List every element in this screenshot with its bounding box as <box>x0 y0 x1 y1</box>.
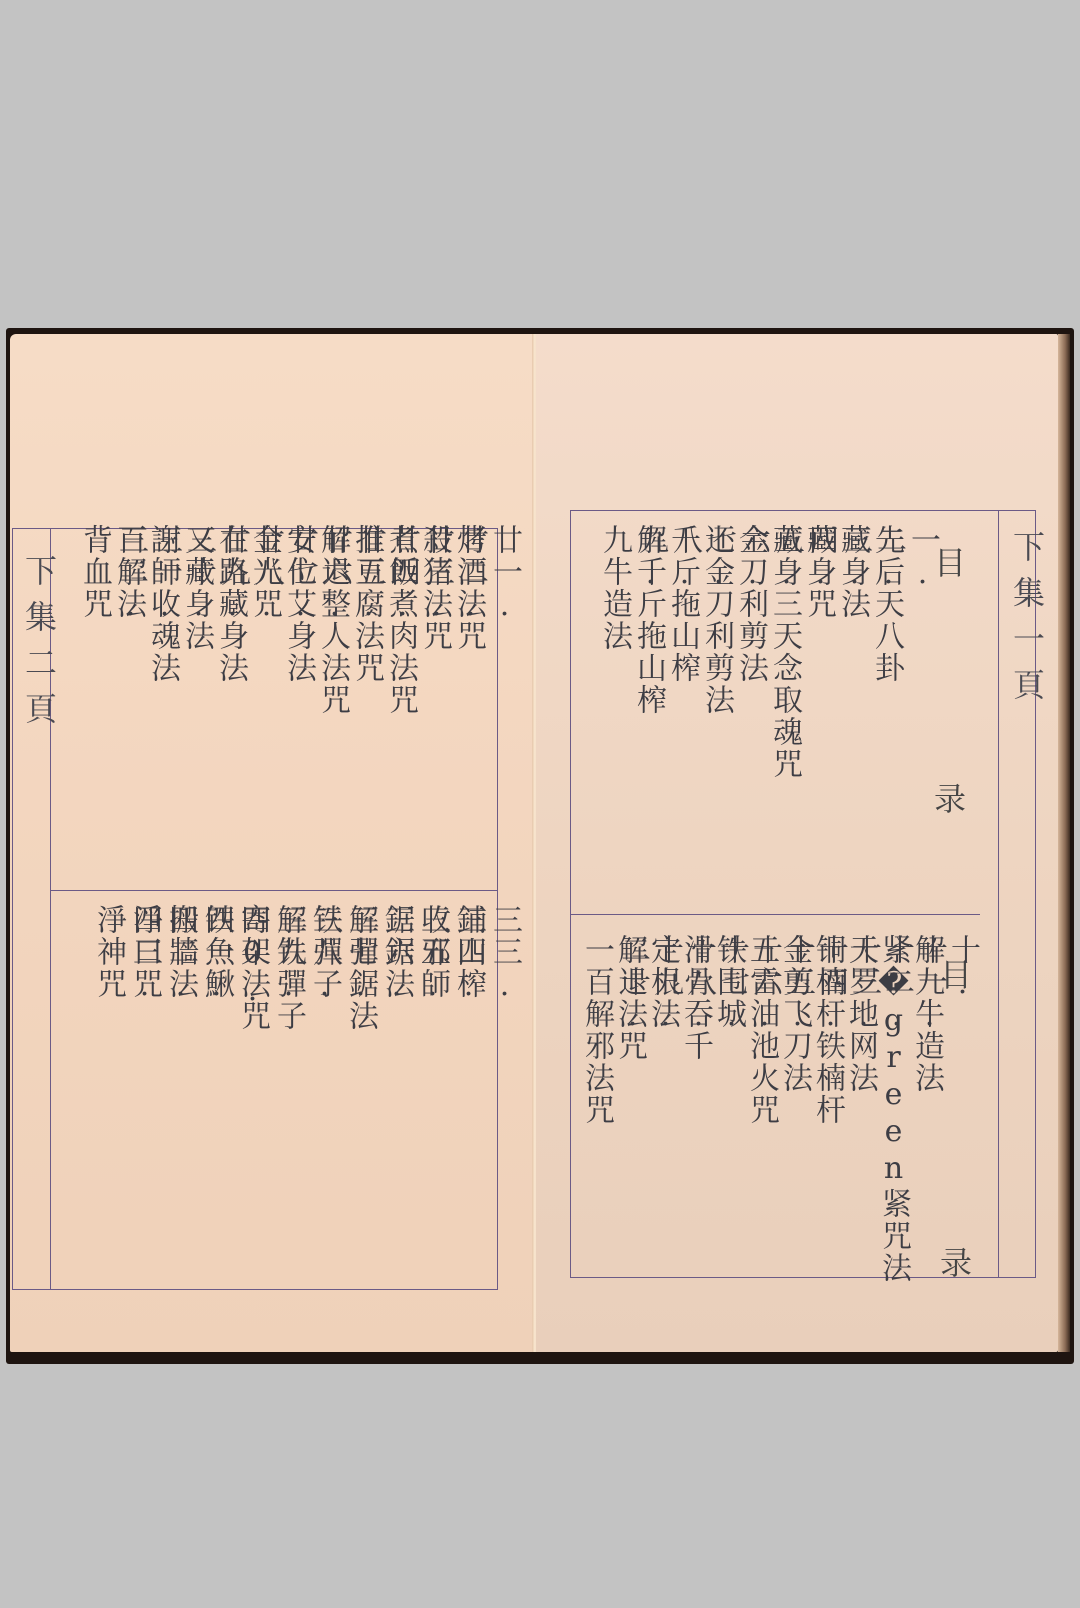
entry-number: 六. <box>734 524 770 716</box>
open-book: 下集二頁 廿一.烤酒法咒廿二.殺猪法咒廿三.煮飯煮肉法咒廿四.推豆腐法咒廿五.解… <box>6 328 1074 1364</box>
entry-number: 十一. <box>911 934 947 1284</box>
entry-number: 廿四. <box>384 524 420 684</box>
entry-number: 十六. <box>746 934 782 1035</box>
toc-entry: 九.九牛造法 <box>596 524 668 652</box>
entry-number: 十四. <box>812 934 848 1094</box>
entry-number: 廿三. <box>418 524 454 716</box>
entry-number: 十. <box>944 934 980 1094</box>
toc-entry: 三二.背血咒 <box>76 524 148 625</box>
entry-number: 十二. <box>878 934 914 1094</box>
entry-number: 七. <box>700 524 736 684</box>
entry-title: 九牛造法 <box>597 524 632 652</box>
entry-number: 四二. <box>162 904 198 1005</box>
entry-number: 三九. <box>270 904 306 1032</box>
entry-number: 廿九. <box>214 524 250 652</box>
entry-number: 廿五. <box>350 524 386 716</box>
entry-number: 廿一. <box>486 524 522 652</box>
entry-number: 三二. <box>112 524 148 625</box>
entry-number: 三八. <box>306 904 342 1032</box>
entry-number: 八. <box>666 524 702 716</box>
left-block-divider <box>50 890 498 891</box>
entry-number: 十三. <box>845 934 881 1126</box>
entry-number: 廿七. <box>282 524 318 625</box>
entry-number: 廿二. <box>452 524 488 652</box>
left-margin-label: 下集二頁 <box>16 554 62 738</box>
entry-number: 十九. <box>647 934 683 1062</box>
entry-title: 一百解邪法咒 <box>579 934 614 1126</box>
entry-number: 三十. <box>180 524 216 684</box>
entry-number: 四三. <box>126 904 162 1005</box>
entry-title: 背血咒 <box>77 524 112 620</box>
heading-lu: 录 <box>934 774 966 820</box>
entry-number: 二. <box>870 524 906 620</box>
entry-number: 三. <box>836 524 872 620</box>
right-page: 下集一頁 目 录 目 录 一.先后天八卦二.藏身法三.藏身咒四.藏身三天念取魂咒… <box>536 334 1058 1352</box>
entry-number: 五. <box>768 524 804 684</box>
entry-number: 二十. <box>614 934 650 1126</box>
entry-number: 三七. <box>342 904 378 1005</box>
right-margin-rule <box>998 510 999 1278</box>
entry-number: 一. <box>904 524 940 684</box>
right-margin-label: 下集一頁 <box>1004 530 1050 714</box>
entry-number: 三三. <box>486 904 522 1005</box>
entry-number: 三一. <box>146 524 182 625</box>
entry-number: 十八. <box>680 934 716 1035</box>
entry-number: 廿八. <box>248 524 284 684</box>
toc-entry: 四三.淨神咒 <box>90 904 162 1005</box>
toc-entry: 二十.一百解邪法咒 <box>578 934 650 1126</box>
entry-number: 廿六. <box>316 524 352 684</box>
entry-number: 三五. <box>414 904 450 1005</box>
entry-number: 十五. <box>779 934 815 1126</box>
entry-title: 淨神咒 <box>91 904 126 1000</box>
entry-number: 九. <box>632 524 668 652</box>
entry-number: 十七. <box>713 934 749 1062</box>
entry-number: 三四. <box>450 904 486 1005</box>
right-block-divider <box>570 914 980 915</box>
entry-number: 三六. <box>378 904 414 1032</box>
entry-number: 四一. <box>198 904 234 1005</box>
entry-number: 四0. <box>234 904 270 1010</box>
page-edges <box>1058 334 1070 1352</box>
left-page: 下集二頁 廿一.烤酒法咒廿二.殺猪法咒廿三.煮飯煮肉法咒廿四.推豆腐法咒廿五.解… <box>10 334 534 1352</box>
entry-number: 四. <box>802 524 838 780</box>
